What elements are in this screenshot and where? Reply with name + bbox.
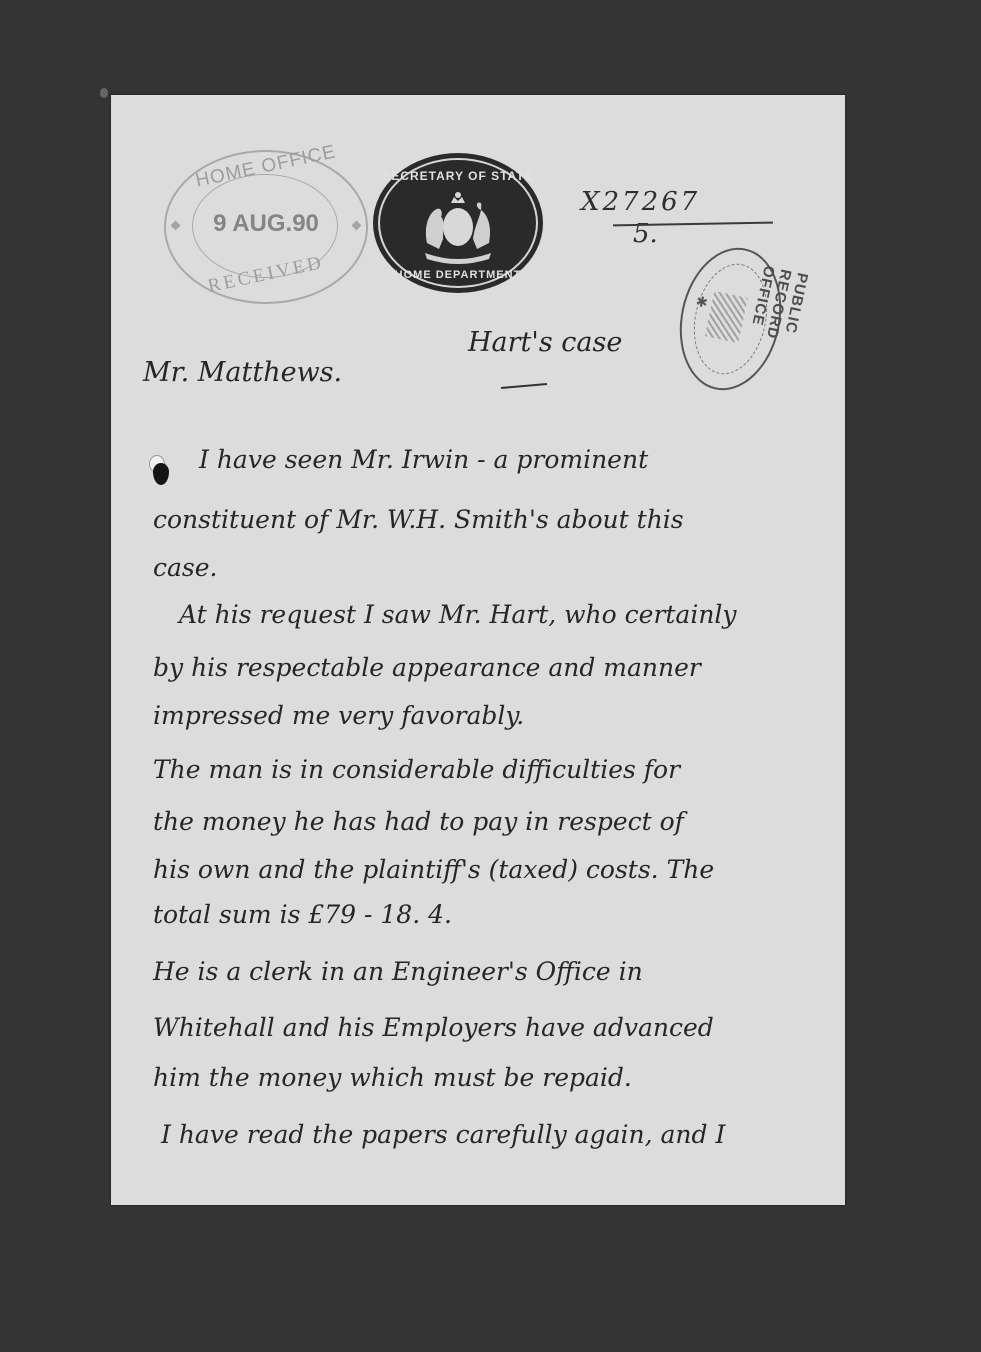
stamp-date: 9 AUG.90 xyxy=(166,210,366,238)
seal-bottom-text: HOME DEPARTMENT xyxy=(373,269,543,281)
body-line: constituent of Mr. W.H. Smith's about th… xyxy=(153,505,684,534)
body-line: him the money which must be repaid. xyxy=(153,1063,632,1092)
body-line: by his respectable appearance and manner xyxy=(153,653,701,682)
royal-coat-of-arms-icon xyxy=(413,183,503,268)
body-line: He is a clerk in an Engineer's Office in xyxy=(153,957,643,986)
body-line: total sum is £79 - 18. 4. xyxy=(153,900,452,929)
heading-dash xyxy=(501,383,547,389)
body-line: his own and the plaintiff's (taxed) cost… xyxy=(153,855,714,884)
body-line: case. xyxy=(153,553,217,582)
public-record-office-stamp: PUBLIC RECORD OFFICE ✱ xyxy=(667,238,794,399)
body-line: The man is in considerable difficulties … xyxy=(153,755,680,784)
body-line: At his request I saw Mr. Hart, who certa… xyxy=(179,600,737,629)
salutation: Mr. Matthews. xyxy=(143,357,342,388)
body-line: Whitehall and his Employers have advance… xyxy=(153,1013,714,1042)
ink-blot xyxy=(153,463,169,485)
case-title: Hart's case xyxy=(468,327,622,358)
seal-top-text: SECRETARY OF STATE xyxy=(373,169,543,183)
body-line: I have seen Mr. Irwin - a prominent xyxy=(199,445,648,474)
body-line: I have read the papers carefully again, … xyxy=(161,1120,725,1149)
reference-main: X27267 xyxy=(571,187,731,217)
dust-speck xyxy=(100,88,108,98)
body-line: the money he has had to pay in respect o… xyxy=(153,807,684,836)
body-line: impressed me very favorably. xyxy=(153,701,524,730)
reference-number: X27267 5. xyxy=(571,187,731,249)
letter-page: HOME OFFICE 9 AUG.90 RECEIVED SECRETARY … xyxy=(111,95,845,1205)
home-office-received-stamp: HOME OFFICE 9 AUG.90 RECEIVED xyxy=(164,150,368,304)
secretary-of-state-seal: SECRETARY OF STATE HOME DEPARTMENT xyxy=(373,153,543,293)
